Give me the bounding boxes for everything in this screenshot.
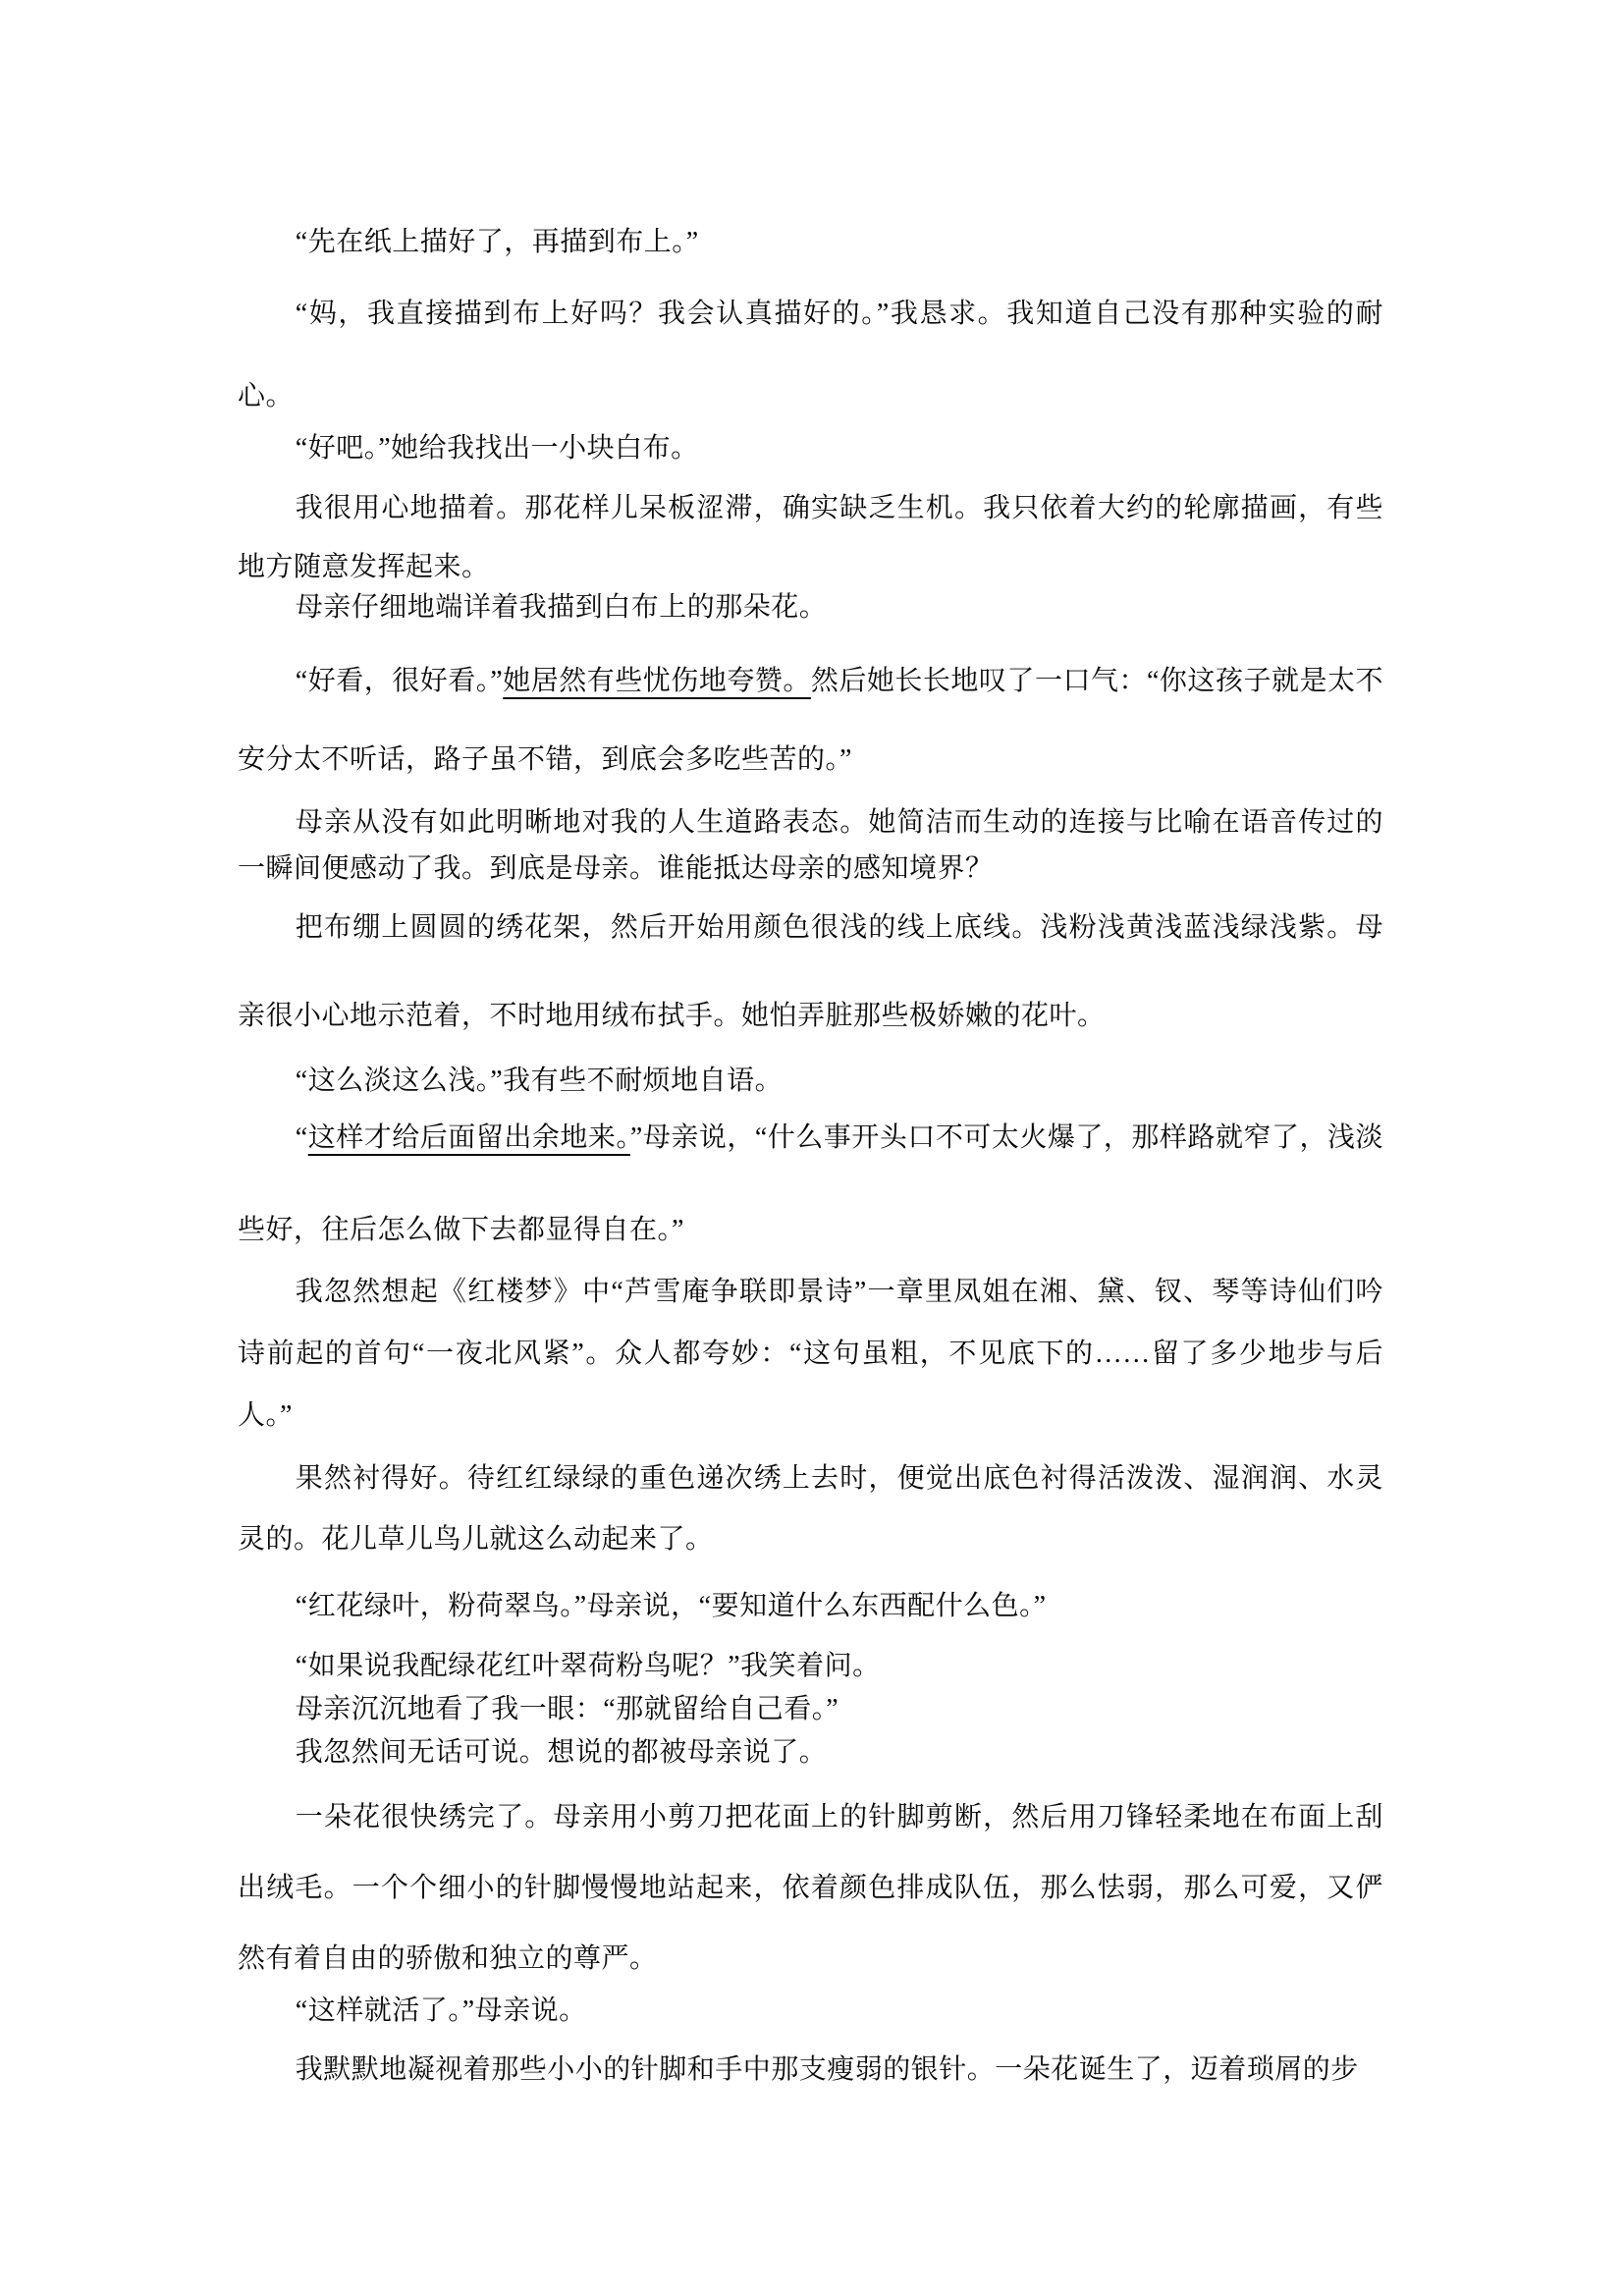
paragraph: 果然衬得好。待红红绿绿的重色递次绣上去时，便觉出底色衬得活泼泼、湿润润、水灵灵的…	[238, 1449, 1383, 1570]
paragraph: 我忽然想起《红楼梦》中“芦雪庵争联即景诗”一章里凤姐在湘、黛、钗、琴等诗仙们吟诗…	[238, 1261, 1383, 1447]
passage-text: “先在纸上描好了，再描到布上。”“妈，我直接描到布上好吗？我会认真描好的。”我恳…	[238, 212, 1383, 2101]
underlined-run: 她居然有些忧伤地夸赞。	[503, 666, 811, 696]
paragraph: “红花绿叶，粉荷翠鸟。”母亲说，“要知道什么东西配什么色。”	[238, 1576, 1383, 1637]
text-run: 我默默地凝视着那些小小的针脚和手中那支瘦弱的银针。一朵花诞生了，迈着琐屑的步	[296, 2054, 1359, 2085]
text-run: 我忽然想起《红楼梦》中“芦雪庵争联即景诗”一章里凤姐在湘、黛、钗、琴等诗仙们吟诗…	[238, 1277, 1383, 1431]
text-run: “红花绿叶，粉荷翠鸟。”母亲说，“要知道什么东西配什么色。”	[296, 1591, 1047, 1621]
text-run: 母亲沉沉地看了我一眼：“那就留给自己看。”	[296, 1694, 839, 1724]
text-run: 母亲从没有如此明晰地对我的人生道路表态。她简洁而生动的连接与比喻在语音传过的一瞬…	[238, 807, 1383, 884]
paragraph: 母亲沉沉地看了我一眼：“那就留给自己看。”	[238, 1688, 1383, 1731]
text-run: “这样就活了。”母亲说。	[296, 1995, 587, 2026]
text-run: “好看，很好看。”	[296, 666, 503, 696]
text-run: 我很用心地描着。那花样儿呆板涩滞，确实缺乏生机。我只依着大约的轮廓描画，有些地方…	[238, 493, 1383, 582]
text-run: 我忽然间无话可说。想说的都被母亲说了。	[296, 1737, 828, 1768]
document-page: “先在纸上描好了，再描到布上。”“妈，我直接描到布上好吗？我会认真描好的。”我恳…	[0, 0, 1623, 2296]
text-run: 把布绷上圆圆的绣花架，然后开始用颜色很浅的线上底线。浅粉浅黄浅蓝浅绿浅紫。母亲很…	[238, 912, 1383, 1031]
text-run: “先在纸上描好了，再描到布上。”	[296, 227, 699, 257]
paragraph: “好吧。”她给我找出一小块白布。	[238, 418, 1383, 479]
paragraph: “好看，很好看。”她居然有些忧伤地夸赞。然后她长长地叹了一口气：“你这孩子就是太…	[238, 642, 1383, 799]
paragraph: “如果说我配绿花红叶翠荷粉鸟呢？”我笑着问。	[238, 1645, 1383, 1688]
text-run: “如果说我配绿花红叶翠荷粉鸟呢？”我笑着问。	[296, 1651, 881, 1681]
text-run: 母亲仔细地端详着我描到白布上的那朵花。	[296, 592, 828, 623]
paragraph: 一朵花很快绣完了。母亲用小剪刀把花面上的针脚剪断，然后用刀锋轻柔地在布面上刮出绒…	[238, 1782, 1383, 1995]
underlined-run: 这样才给后面留出余地来。	[308, 1122, 630, 1153]
text-run: “妈，我直接描到布上好吗？我会认真描好的。”我恳求。我知道自己没有那种实验的耐心…	[238, 299, 1383, 411]
paragraph: “这样才给后面留出余地来。”母亲说，“什么事开头口不可太火爆了，那样路就窄了，浅…	[238, 1092, 1383, 1277]
paragraph: 把布绷上圆圆的绣花架，然后开始用颜色很浅的线上底线。浅粉浅黄浅蓝浅绿浅紫。母亲很…	[238, 884, 1383, 1061]
paragraph: 母亲从没有如此明晰地对我的人生道路表态。她简洁而生动的连接与比喻在语音传过的一瞬…	[238, 799, 1383, 892]
text-run: “	[296, 1122, 308, 1153]
text-run: 一朵花很快绣完了。母亲用小剪刀把花面上的针脚剪断，然后用刀锋轻柔地在布面上刮出绒…	[238, 1802, 1383, 1974]
paragraph: “这样就活了。”母亲说。	[238, 1989, 1383, 2034]
paragraph: “先在纸上描好了，再描到布上。”	[238, 212, 1383, 273]
paragraph: 我默默地凝视着那些小小的针脚和手中那支瘦弱的银针。一朵花诞生了，迈着琐屑的步	[238, 2040, 1383, 2101]
paragraph: 母亲仔细地端详着我描到白布上的那朵花。	[238, 577, 1383, 638]
paragraph: 我忽然间无话可说。想说的都被母亲说了。	[238, 1731, 1383, 1775]
paragraph: “妈，我直接描到布上好吗？我会认真描好的。”我恳求。我知道自己没有那种实验的耐心…	[238, 273, 1383, 438]
text-run: “好吧。”她给我找出一小块白布。	[296, 433, 699, 464]
text-run: 果然衬得好。待红红绿绿的重色递次绣上去时，便觉出底色衬得活泼泼、湿润润、水灵灵的…	[238, 1463, 1383, 1555]
